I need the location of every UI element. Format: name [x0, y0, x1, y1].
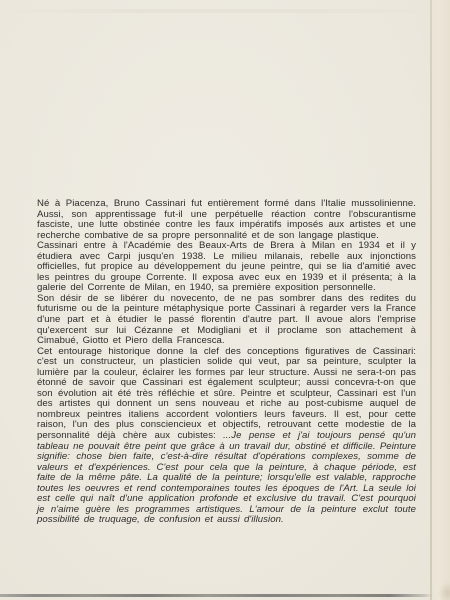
text-segment: Né à Piacenza, Bruno Cassinari fut entiè… [37, 198, 416, 241]
quote-italic-segment: ...Je pense et j'ai toujours pensé qu'un… [37, 430, 416, 525]
scan-streak-top [0, 9, 450, 13]
text-segment: Son désir de se libérer du novecento, de… [37, 293, 416, 346]
scan-edge-bottom [0, 594, 433, 597]
paragraph-biography-origins: Né à Piacenza, Bruno Cassinari fut entiè… [37, 199, 416, 241]
paragraph-academy-corrente: Cassinari entre à l'Académie des Beaux-A… [37, 241, 416, 294]
page-edge-strip [432, 0, 450, 600]
paragraph-influences: Son désir de se libérer du novecento, de… [37, 294, 416, 347]
scanned-book-page: Né à Piacenza, Bruno Cassinari fut entiè… [0, 0, 450, 600]
paragraph-conceptions-and-quote: Cet entourage historique donne la clef d… [37, 347, 416, 526]
body-text-block: Né à Piacenza, Bruno Cassinari fut entiè… [37, 199, 416, 526]
text-segment: Cassinari entre à l'Académie des Beaux-A… [37, 240, 416, 293]
text-segment: Cet entourage historique donne la clef d… [37, 346, 416, 441]
scan-smudge [438, 582, 450, 600]
